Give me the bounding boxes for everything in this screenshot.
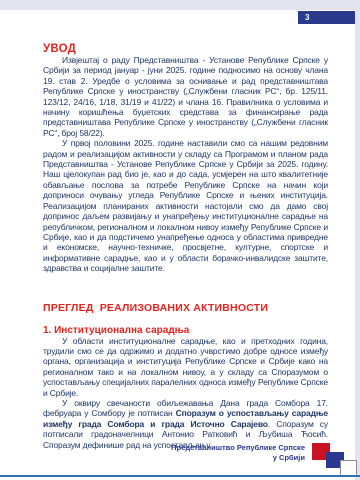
footer-line-2: у Србији: [171, 453, 305, 463]
overview-heading: ПРЕГЛЕД РЕАЛИЗОВАНИХ АКТИВНОСТИ: [43, 302, 328, 314]
page-content: УВОД Извјештај о раду Представништва - У…: [43, 10, 328, 450]
intro-paragraph-2: У првој половини 2025. године наставили …: [43, 138, 328, 273]
intro-paragraph-1: Извјештај о раду Представништва - Устано…: [43, 55, 328, 138]
footer-org-name: Представништво Републике Српске у Србији: [171, 443, 305, 463]
document-page: 3 УВОД Извјештај о раду Представништва -…: [0, 10, 355, 480]
document-viewport: 3 УВОД Извјештај о раду Представништва -…: [0, 0, 360, 480]
section1-heading: 1. Институционална сарадња: [43, 325, 328, 336]
section1-paragraph-1: У области институционалне сарадње, као и…: [43, 336, 328, 398]
intro-heading: УВОД: [43, 43, 328, 55]
footer-rule: [0, 475, 360, 477]
republika-srpska-logo: [312, 443, 357, 476]
logo-white-square-icon: [340, 460, 357, 476]
footer-line-1: Представништво Републике Српске: [171, 443, 305, 453]
